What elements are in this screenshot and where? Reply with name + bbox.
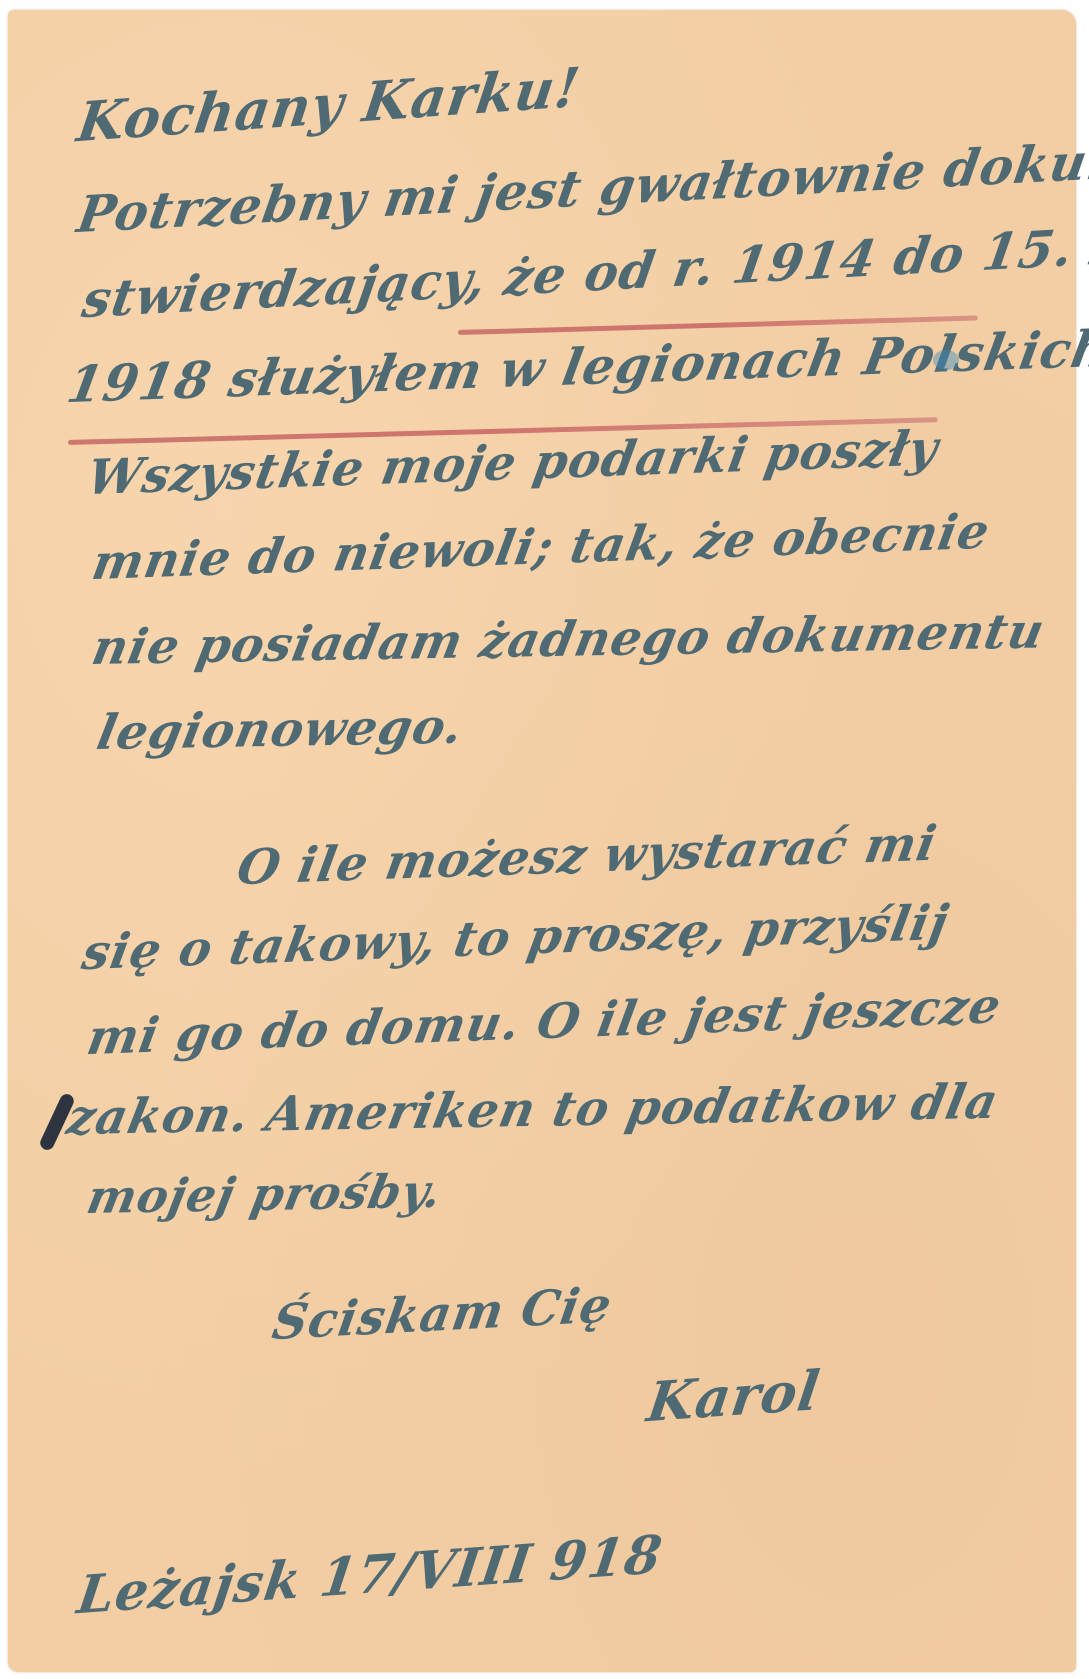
body-line: nie posiadam żadnego dokumentu — [88, 603, 1050, 676]
body-line: O ile możesz wystarać mi — [233, 815, 941, 896]
body-line: mojej prośby. — [83, 1164, 447, 1224]
body-line: mi go do domu. O ile jest jeszcze — [83, 978, 1006, 1066]
greeting: Kochany Karku! — [73, 55, 584, 155]
body-line: zakon. Ameriken to podatkow dla — [63, 1074, 1004, 1146]
body-line: się o takowy, to proszę, przyślij — [78, 895, 953, 982]
body-line: mnie do niewoli; tak, że obecnie — [88, 504, 994, 592]
place-date: Leżajsk 17/VIII 918 — [74, 1524, 667, 1627]
signature: Karol — [643, 1358, 824, 1435]
body-line: legionowego. — [93, 699, 469, 762]
closing: Ściskam Cię — [269, 1277, 616, 1351]
blue-ink-smudge — [933, 350, 959, 370]
postcard: Kochany Karku! Potrzebny mi jest gwałtow… — [8, 10, 1076, 1672]
